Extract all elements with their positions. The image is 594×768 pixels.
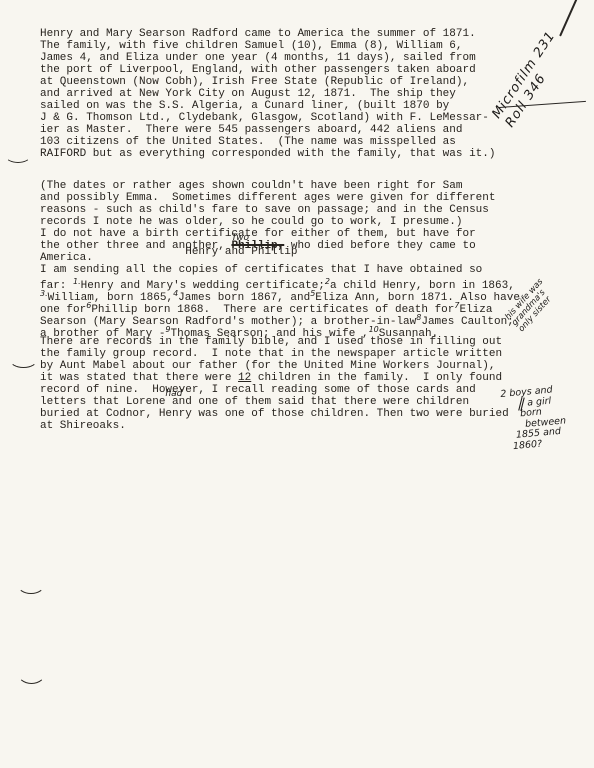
typed-line: record of nine. However, I recall readin… bbox=[40, 384, 520, 396]
typed-line: Henry and Mary Searson Radford came to A… bbox=[40, 28, 495, 40]
typed-line: letters that Lorenehad and one of them s… bbox=[40, 396, 520, 408]
text-segment: buried at Codnor, Henry was one of those… bbox=[40, 408, 509, 420]
handwritten-burial-note: 2 boys anda girlbornbetween1855 and1860? bbox=[500, 382, 594, 453]
text-segment: I do not have a birth certificate for ei… bbox=[40, 228, 476, 240]
typed-line: There are records in the family bible, a… bbox=[40, 336, 520, 348]
text-segment: I am sending all the copies of certifica… bbox=[40, 264, 482, 276]
typed-line: it was stated that there were 12 childre… bbox=[40, 372, 520, 384]
scanned-letter-page: Henry and Mary Searson Radford came to A… bbox=[0, 0, 594, 768]
typed-line: the family group record. I note that in … bbox=[40, 348, 520, 360]
typed-line: Searson (Mary Searson Radford's mother);… bbox=[40, 312, 520, 324]
text-segment: and arrived at New York City on August 1… bbox=[40, 88, 456, 100]
handwritten-microfilm-note: Microfilm 231Roll 346 bbox=[489, 5, 588, 131]
typed-paragraph-arrival: Henry and Mary Searson Radford came to A… bbox=[40, 28, 495, 160]
text-segment: James 4, and Eliza under one year (4 mon… bbox=[40, 52, 476, 64]
text-segment: letters that Lorene bbox=[40, 396, 165, 408]
handwritten-line: grandma's bbox=[511, 258, 575, 328]
text-segment: 12 bbox=[238, 372, 251, 384]
text-segment: the family group record. I note that in … bbox=[40, 348, 502, 360]
typed-line: reasons - such as child's fare to save o… bbox=[40, 204, 520, 216]
text-segment: the port of Liverpool, England, with oth… bbox=[40, 64, 476, 76]
text-segment: sailed on was the S.S. Algeria, a Cunard… bbox=[40, 100, 449, 112]
text-segment: at Queenstown (Now Cobh), Irish Free Sta… bbox=[40, 76, 469, 88]
text-segment: (The dates or rather ages shown couldn't… bbox=[40, 180, 462, 192]
margin-checkmark bbox=[5, 148, 31, 163]
typed-line: at Queenstown (Now Cobh), Irish Free Sta… bbox=[40, 76, 495, 88]
text-segment bbox=[93, 252, 185, 264]
text-segment: 103 citizens of the United States. (The … bbox=[40, 136, 456, 148]
typed-line: 103 citizens of the United States. (The … bbox=[40, 136, 495, 148]
text-segment: Henry and Phillip bbox=[185, 246, 297, 258]
typed-line: by Aunt Mabel about our father (for the … bbox=[40, 360, 520, 372]
text-segment: at Shireoaks. bbox=[40, 420, 126, 432]
margin-checkmark bbox=[17, 660, 46, 684]
text-segment: The family, with five children Samuel (1… bbox=[40, 40, 462, 52]
text-segment: reasons - such as child's fare to save o… bbox=[40, 204, 489, 216]
typed-line: J & G. Thomson Ltd., Clydebank, Glasgow,… bbox=[40, 112, 495, 124]
typed-line: James 4, and Eliza under one year (4 mon… bbox=[40, 52, 495, 64]
typed-line: buried at Codnor, Henry was one of those… bbox=[40, 408, 520, 420]
text-segment: it was stated that there were bbox=[40, 372, 238, 384]
text-segment: and possibly Emma. Sometimes different a… bbox=[40, 192, 495, 204]
text-segment: and one of them said that there were chi… bbox=[165, 396, 469, 408]
typed-line: the port of Liverpool, England, with oth… bbox=[40, 64, 495, 76]
text-segment: 10 bbox=[369, 325, 379, 334]
text-segment: 3. bbox=[40, 289, 48, 298]
typed-line: I am sending all the copies of certifica… bbox=[40, 264, 520, 276]
typed-line: (The dates or rather ages shown couldn't… bbox=[40, 180, 520, 192]
typed-line: records I note he was older, so he could… bbox=[40, 216, 520, 228]
text-segment: 1. bbox=[73, 277, 81, 286]
typed-line: at Shireoaks. bbox=[40, 420, 520, 432]
typed-line: 3.William, born 1865,4James born 1867, a… bbox=[40, 288, 520, 300]
text-segment: records I note he was older, so he could… bbox=[40, 216, 462, 228]
typed-line: and possibly Emma. Sometimes different a… bbox=[40, 192, 520, 204]
text-segment: 1860? bbox=[512, 438, 542, 452]
text-segment: RAIFORD but as everything corresponded w… bbox=[40, 148, 495, 160]
typed-line: RAIFORD but as everything corresponded w… bbox=[40, 148, 495, 160]
margin-checkmark bbox=[9, 350, 38, 368]
text-segment: Henry and Mary Searson Radford came to A… bbox=[40, 28, 476, 40]
typed-line: sailed on was the S.S. Algeria, a Cunard… bbox=[40, 100, 495, 112]
typed-paragraph-certificates: (The dates or rather ages shown couldn't… bbox=[40, 180, 520, 432]
text-segment: J & G. Thomson Ltd., Clydebank, Glasgow,… bbox=[40, 112, 489, 124]
margin-checkmark bbox=[17, 574, 45, 594]
text-segment: There are records in the family bible, a… bbox=[40, 336, 502, 348]
typed-line: far: 1.Henry and Mary's wedding certific… bbox=[40, 276, 520, 288]
text-segment: by Aunt Mabel about our father (for the … bbox=[40, 360, 495, 372]
text-segment: children in the family. I only found bbox=[251, 372, 502, 384]
text-segment: America. bbox=[40, 252, 93, 264]
text-segment: ier as Master. There were 545 passengers… bbox=[40, 124, 462, 136]
typed-line: America. Henry and Phillip bbox=[40, 252, 520, 264]
typed-line: The family, with five children Samuel (1… bbox=[40, 40, 495, 52]
typed-line: ier as Master. There were 545 passengers… bbox=[40, 124, 495, 136]
typed-line: and arrived at New York City on August 1… bbox=[40, 88, 495, 100]
text-segment: who died before they came to bbox=[284, 240, 475, 252]
typed-line: one for6Phillip born 1868. There are cer… bbox=[40, 300, 520, 312]
typed-line: I do not have a birth certificate for ei… bbox=[40, 228, 520, 240]
text-segment: record of nine. However, I recall readin… bbox=[40, 384, 476, 396]
